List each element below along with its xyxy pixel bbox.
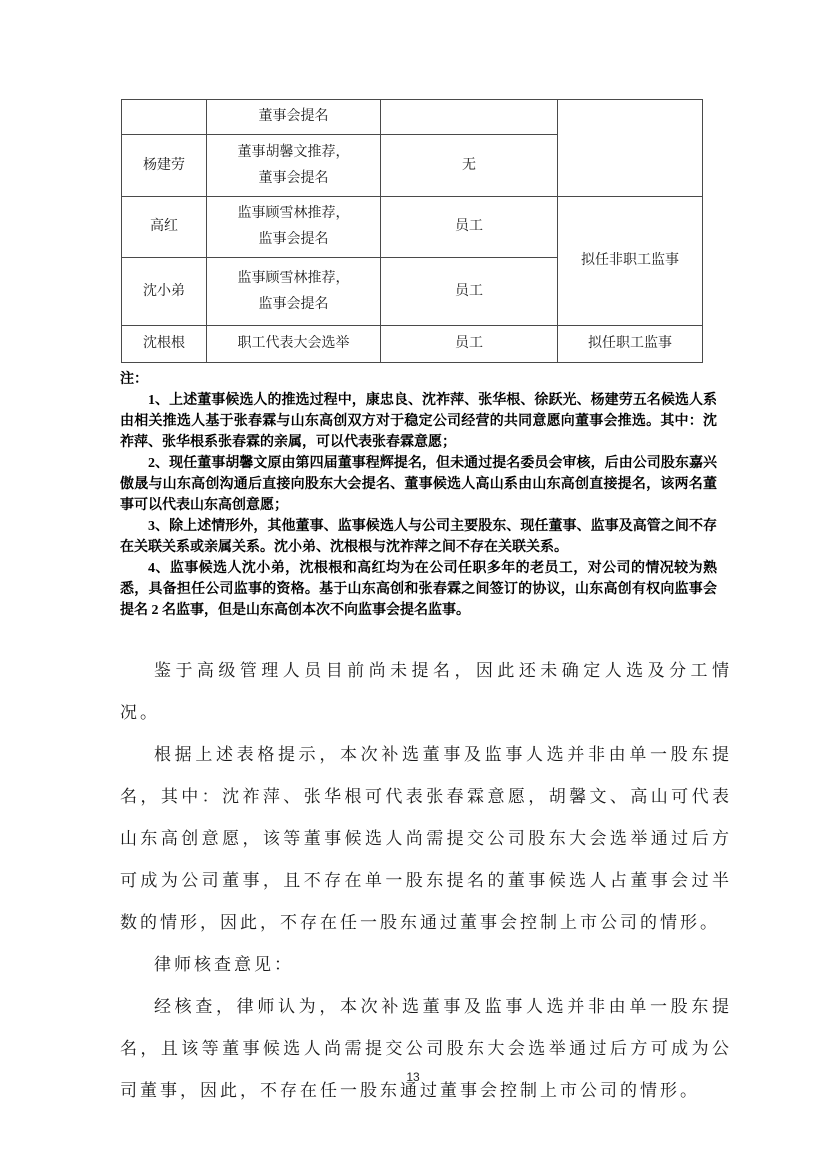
- cell-nomination: 职工代表大会选举: [207, 326, 381, 363]
- cell-name: 沈小弟: [122, 258, 207, 326]
- body-paragraph: 律师核查意见：: [120, 944, 732, 986]
- document-page: 董事会提名 杨建劳 董事胡馨文推荐， 董事会提名 无 高红 监事: [0, 0, 826, 1169]
- note-item: 2、现任董事胡馨文原由第四届董事程辉提名，但未通过提名委员会审核，后由公司股东嘉…: [120, 453, 717, 516]
- candidates-table: 董事会提名 杨建劳 董事胡馨文推荐， 董事会提名 无 高红 监事: [121, 99, 703, 363]
- table-row: 董事会提名: [122, 100, 703, 135]
- cell-relation: 无: [381, 135, 558, 197]
- cell-name: 沈根根: [122, 326, 207, 363]
- cell-nomination-line: 董事会提名: [209, 104, 378, 130]
- cell-nomination-line: 董事胡馨文推荐，: [209, 140, 378, 166]
- table-row: 沈根根 职工代表大会选举 员工 拟任职工监事: [122, 326, 703, 363]
- cell-position: 拟任非职工监事: [558, 197, 703, 326]
- cell-nomination: 监事顾雪林推荐， 监事会提名: [207, 197, 381, 258]
- cell-position: 拟任职工监事: [558, 326, 703, 363]
- notes-label: 注：: [120, 369, 717, 390]
- table-row: 高红 监事顾雪林推荐， 监事会提名 员工 拟任非职工监事: [122, 197, 703, 258]
- cell-relation: 员工: [381, 326, 558, 363]
- page-number: 13: [406, 1070, 419, 1084]
- cell-nomination-line: 职工代表大会选举: [209, 331, 378, 357]
- note-item: 3、除上述情形外，其他董事、监事候选人与公司主要股东、现任董事、监事及高管之间不…: [120, 516, 717, 558]
- body-paragraph: 经核查，律师认为，本次补选董事及监事人选并非由单一股东提名，且该等董事候选人尚需…: [120, 986, 732, 1112]
- cell-nomination: 董事胡馨文推荐， 董事会提名: [207, 135, 381, 197]
- cell-relation: 员工: [381, 258, 558, 326]
- note-item: 4、监事候选人沈小弟，沈根根和高红均为在公司任职多年的老员工，对公司的情况较为熟…: [120, 558, 717, 621]
- cell-name: 高红: [122, 197, 207, 258]
- cell-nomination: 董事会提名: [207, 100, 381, 135]
- cell-relation: 员工: [381, 197, 558, 258]
- cell-nomination-line: 监事会提名: [209, 292, 378, 318]
- page-footer: 13: [0, 1068, 826, 1086]
- note-item: 1、上述董事候选人的推选过程中，康忠良、沈祚萍、张华根、徐跃光、杨建劳五名候选人…: [120, 390, 717, 453]
- body-paragraph: 根据上述表格提示，本次补选董事及监事人选并非由单一股东提名，其中：沈祚萍、张华根…: [120, 734, 732, 944]
- cell-nomination-line: 董事会提名: [209, 166, 378, 192]
- body-text-section: 鉴于高级管理人员目前尚未提名，因此还未确定人选及分工情况。 根据上述表格提示，本…: [120, 650, 732, 1112]
- notes-section: 注： 1、上述董事候选人的推选过程中，康忠良、沈祚萍、张华根、徐跃光、杨建劳五名…: [120, 369, 717, 621]
- cell-nomination-line: 监事顾雪林推荐，: [209, 266, 378, 292]
- cell-nomination-line: 监事顾雪林推荐，: [209, 201, 378, 227]
- cell-nomination: 监事顾雪林推荐， 监事会提名: [207, 258, 381, 326]
- cell-name: 杨建劳: [122, 135, 207, 197]
- cell-position: [558, 100, 703, 197]
- cell-name: [122, 100, 207, 135]
- candidates-table-wrap: 董事会提名 杨建劳 董事胡馨文推荐， 董事会提名 无 高红 监事: [121, 99, 703, 363]
- cell-relation: [381, 100, 558, 135]
- cell-nomination-line: 监事会提名: [209, 227, 378, 253]
- body-paragraph: 鉴于高级管理人员目前尚未提名，因此还未确定人选及分工情况。: [120, 650, 732, 734]
